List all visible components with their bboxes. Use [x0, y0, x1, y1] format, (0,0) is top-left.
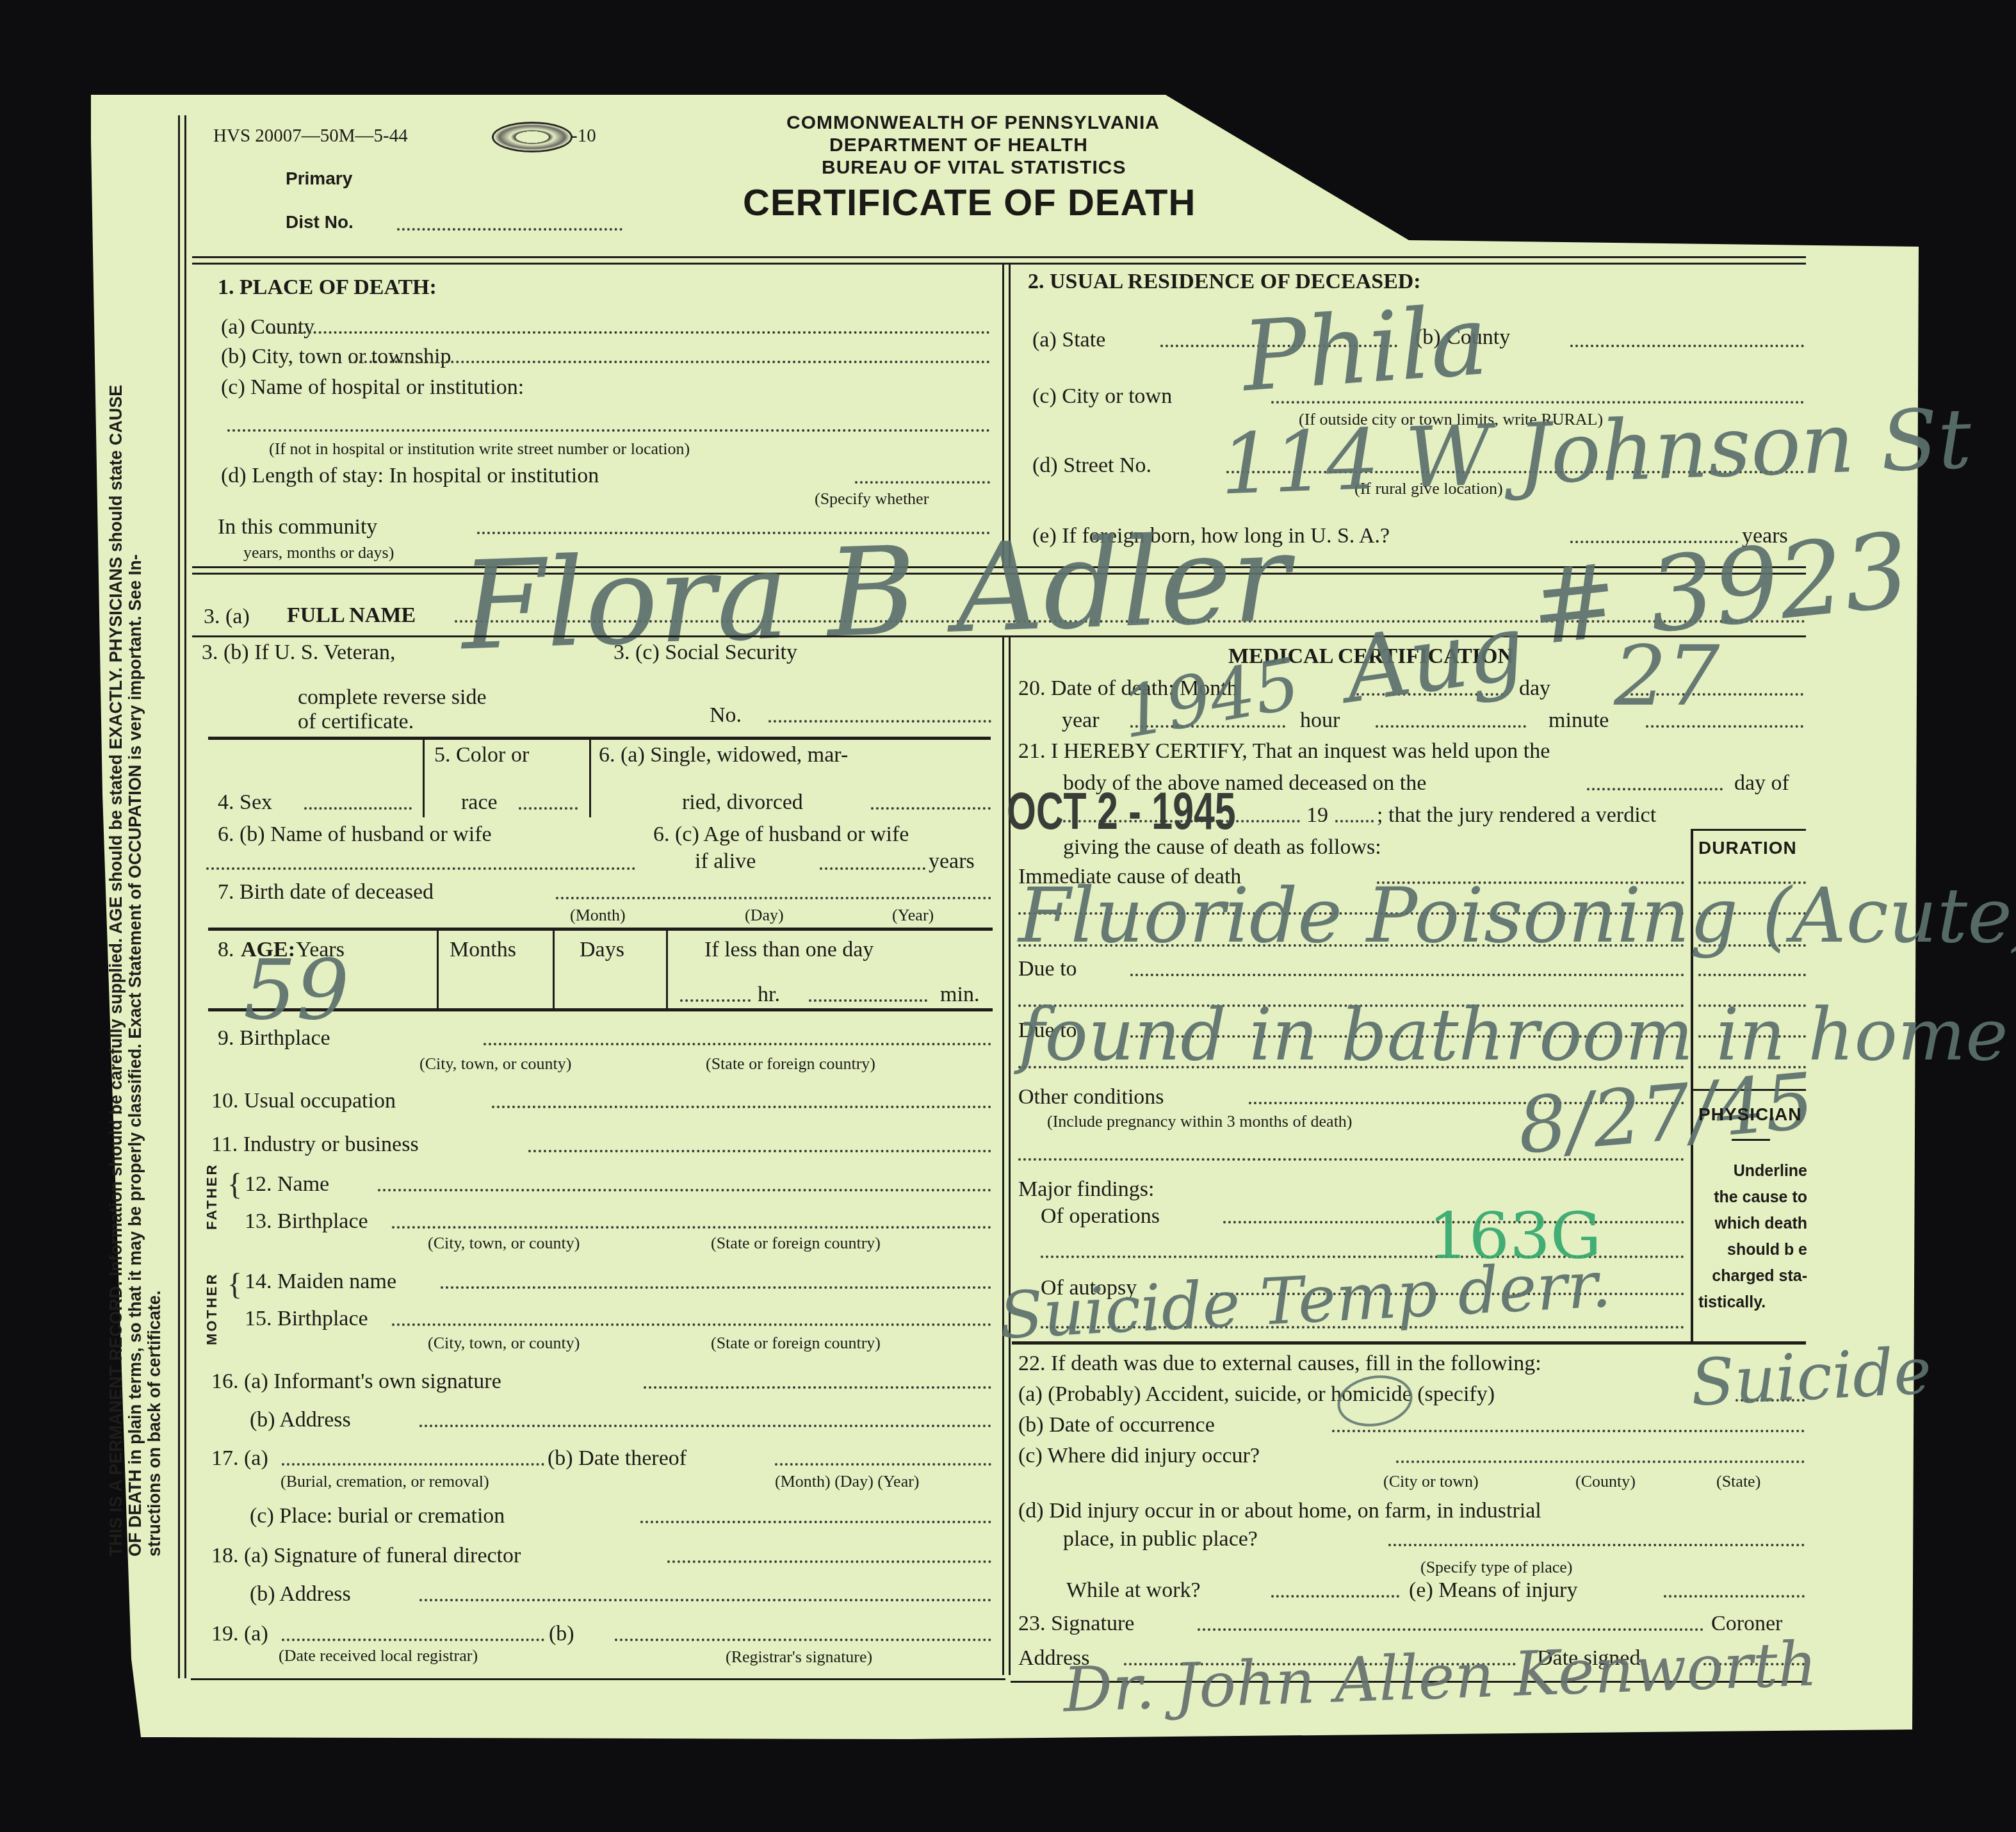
informant-signature-field[interactable] [644, 1386, 991, 1389]
veteran-label2: complete reverse side [298, 687, 487, 708]
sex-field[interactable] [304, 807, 412, 810]
funeral-director-field[interactable] [667, 1560, 991, 1563]
veteran-label1: 3. (b) If U. S. Veteran, [202, 642, 395, 664]
ss-no-field[interactable] [768, 720, 991, 723]
birthdate-day-note: (Day) [745, 907, 784, 924]
father-group-label: FATHER [205, 1163, 219, 1230]
birthplace-city-note: (City, town, or county) [419, 1056, 571, 1072]
marital-label1: 6. (a) Single, widowed, mar- [599, 744, 848, 766]
spouse-age-label1: 6. (c) Age of husband or wife [653, 824, 909, 846]
father-birthplace-field[interactable] [392, 1226, 991, 1229]
mother-birthplace-label: 15. Birthplace [245, 1308, 368, 1330]
disposition-field[interactable] [282, 1463, 544, 1466]
injury-place-field[interactable] [1388, 1544, 1805, 1546]
specify-note: (Specify whether [815, 491, 929, 507]
age-grid-divider [553, 929, 555, 1008]
agency-line3: BUREAU OF VITAL STATISTICS [822, 158, 1126, 177]
section22-rule [1012, 1341, 1806, 1345]
means-of-injury-label: (e) Means of injury [1409, 1580, 1577, 1601]
hr-label: hr. [758, 984, 780, 1006]
industry-field[interactable] [528, 1150, 991, 1152]
min-label: min. [940, 984, 979, 1006]
dod-month-value: Aug [1340, 603, 1531, 717]
mother-city-note: (City, town, or county) [428, 1335, 580, 1352]
mother-birthplace-field[interactable] [392, 1323, 991, 1326]
manner-label: (a) (Probably) Accident, suicide, or hom… [1018, 1384, 1495, 1405]
father-state-note: (State or foreign country) [711, 1235, 881, 1252]
minutes-field[interactable] [809, 999, 927, 1002]
place-city-field[interactable] [349, 361, 990, 363]
mother-group-label: MOTHER [205, 1273, 219, 1345]
registrar-date-field[interactable] [282, 1639, 544, 1641]
dod-hour-label: hour [1300, 710, 1340, 732]
place-burial-label: (c) Place: burial or cremation [250, 1505, 505, 1527]
agency-line1: COMMONWEALTH OF PENNSYLVANIA [786, 113, 1160, 133]
certify-line3b: ; that the jury rendered a verdict [1377, 805, 1656, 826]
means-of-injury-field[interactable] [1664, 1595, 1805, 1598]
physician-note-line: should b e [1698, 1237, 1807, 1263]
certify-line1: 21. I HEREBY CERTIFY, That an inquest wa… [1018, 740, 1550, 762]
hours-field[interactable] [680, 999, 751, 1002]
mother-state-note: (State or foreign country) [711, 1335, 881, 1352]
age-grid-divider [666, 929, 668, 1008]
top-rule [192, 256, 1806, 258]
place-county-label: (a) County [221, 316, 314, 338]
birthdate-label: 7. Birth date of deceased [218, 881, 434, 903]
color-label2: race [461, 792, 498, 814]
occurrence-date-label: (b) Date of occurrence [1018, 1414, 1215, 1436]
birthdate-year-note: (Year) [892, 907, 934, 924]
spouse-age-label2: if alive [695, 851, 756, 872]
manner-value: Suicide [1689, 1339, 1933, 1416]
dist-no-field[interactable] [397, 228, 622, 231]
signature-label: 23. Signature [1018, 1613, 1134, 1635]
section1-heading: 1. PLACE OF DEATH: [218, 277, 437, 299]
injury-location-label: (c) Where did injury occur? [1018, 1445, 1260, 1467]
physician-note: Underline the cause to which death shoul… [1698, 1158, 1807, 1316]
informant-address-field[interactable] [419, 1425, 991, 1427]
date-thereof-field[interactable] [775, 1463, 991, 1466]
dod-day-value: 27 [1614, 634, 1719, 717]
registrar-b-note: (Registrar's signature) [726, 1649, 872, 1665]
left-border-rule [178, 115, 180, 1678]
external-causes-heading: 22. If death was due to external causes,… [1018, 1353, 1541, 1375]
age-years-value: 59 [243, 948, 349, 1031]
residence-county-field[interactable] [1570, 345, 1804, 347]
dod-hour-field[interactable] [1376, 725, 1526, 728]
registrar-b-label: (b) [549, 1623, 574, 1645]
top-rule [192, 263, 1806, 265]
grid-divider [589, 738, 591, 817]
injury-place-label1: (d) Did injury occur in or about home, o… [1018, 1500, 1541, 1522]
certify-line3a: 19 [1306, 805, 1328, 826]
inquest-year-field[interactable] [1335, 820, 1374, 822]
hospital-field[interactable] [227, 429, 990, 432]
due-to-value: found in bathroom in home [1018, 999, 2008, 1071]
father-name-label: 12. Name [245, 1174, 329, 1195]
bottom-rule [191, 1678, 1005, 1680]
mother-brace-icon: { [227, 1270, 242, 1300]
birthplace-field[interactable] [484, 1043, 991, 1045]
certify-line2b: day of [1734, 773, 1789, 794]
physician-header: PHYSICIAN [1698, 1106, 1801, 1124]
sex-label: 4. Sex [218, 792, 272, 814]
dod-minute-label: minute [1549, 710, 1609, 732]
disposition-note: (Burial, cremation, or removal) [280, 1473, 489, 1490]
margin-instruction-line1: THIS IS A PERMANENT RECORD. Information … [108, 385, 125, 1557]
operations-label: Of operations [1041, 1206, 1160, 1227]
coroner-signature-field[interactable] [1198, 1628, 1703, 1631]
residence-city-label: (c) City or town [1032, 386, 1172, 407]
birthdate-field[interactable] [556, 897, 991, 899]
residence-state-label: (a) State [1032, 329, 1105, 351]
mother-maiden-label: 14. Maiden name [245, 1271, 396, 1293]
less-than-day-label: If less than one day [704, 939, 874, 961]
age-grid-rule [208, 928, 993, 931]
residence-street-label: (d) Street No. [1032, 455, 1151, 477]
marital-label2: ried, divorced [682, 792, 803, 814]
community-label: In this community [218, 516, 377, 538]
spouse-age-field[interactable] [820, 867, 925, 870]
other-conditions-note: (Include pregnancy within 3 months of de… [1047, 1113, 1353, 1130]
mother-maiden-field[interactable] [441, 1286, 991, 1289]
registrar-signature-field[interactable] [615, 1639, 991, 1641]
birthplace-label: 9. Birthplace [218, 1027, 330, 1049]
column-divider [1002, 637, 1004, 1675]
injury-county-note: (County) [1575, 1473, 1636, 1490]
disposition-label: 17. (a) [211, 1448, 268, 1469]
at-work-label: While at work? [1066, 1580, 1201, 1601]
spouse-name-field[interactable] [206, 867, 635, 870]
birthdate-month-note: (Month) [570, 907, 626, 924]
birthplace-state-note: (State or foreign country) [706, 1056, 875, 1072]
form-code: HVS 20007—50M—5-44 [213, 127, 408, 145]
due-to-field-1[interactable] [1130, 974, 1684, 976]
occupation-field[interactable] [492, 1106, 991, 1108]
margin-instruction-line3: structions on back of certificate. [146, 1290, 163, 1557]
age-months-label: Months [450, 939, 516, 961]
margin-instruction-line2: OF DEATH in plain terms, so that it may … [127, 554, 144, 1557]
other-conditions-field-2[interactable] [1018, 1158, 1684, 1161]
funeral-director-label: 18. (a) Signature of funeral director [211, 1545, 521, 1567]
duration-field[interactable] [1698, 974, 1806, 976]
stay-field[interactable] [855, 481, 990, 484]
other-conditions-label: Other conditions [1018, 1086, 1164, 1108]
received-date-stamp: OCT 2 - 1945 [1007, 785, 1236, 838]
injury-city-note: (City or town) [1383, 1473, 1479, 1490]
fullname-value: Flora B Adler [459, 517, 1292, 667]
at-work-field[interactable] [1271, 1595, 1399, 1598]
physician-note-line: the cause to [1698, 1184, 1807, 1211]
spouse-label: 6. (b) Name of husband or wife [218, 824, 492, 846]
union-label-seal-icon [492, 122, 573, 152]
page-title: CERTIFICATE OF DEATH [743, 184, 1196, 222]
registrar-a-note: (Date received local registrar) [279, 1648, 478, 1664]
age-days-label: Days [580, 939, 624, 961]
immediate-cause-value: Fluoride Poisoning (Acute) [1018, 878, 2016, 953]
grid-rule [208, 737, 991, 740]
stay-label: (d) Length of stay: In hospital or insti… [221, 465, 599, 487]
injury-place-label2: place, in public place? [1063, 1528, 1258, 1550]
due-to-label-1: Due to [1018, 958, 1077, 980]
age-grid-divider [437, 929, 439, 1008]
father-city-note: (City, town, or county) [428, 1235, 580, 1252]
marital-field[interactable] [871, 807, 991, 810]
industry-label: 11. Industry or business [211, 1134, 419, 1156]
place-county-field[interactable] [268, 331, 990, 334]
physician-note-line: charged sta- [1698, 1263, 1807, 1289]
community-note: years, months or days) [243, 544, 394, 561]
occupation-label: 10. Usual occupation [211, 1090, 396, 1112]
injury-place-note: (Specify type of place) [1420, 1559, 1573, 1576]
spouse-age-unit: years [929, 851, 975, 872]
dist-no-label: Dist No. [286, 213, 354, 231]
physician-underline [1732, 1139, 1770, 1141]
hospital-note: (If not in hospital or institution write… [269, 441, 690, 457]
residence-street-value: 114 W Johnson St [1219, 397, 1972, 507]
date-thereof-note: (Month) (Day) (Year) [775, 1473, 920, 1490]
funeral-address-label: (b) Address [250, 1583, 351, 1605]
major-findings-label: Major findings: [1018, 1179, 1154, 1200]
funeral-address-field[interactable] [419, 1599, 991, 1601]
occurrence-date-field[interactable] [1332, 1430, 1805, 1432]
residence-city-value: Phila [1239, 293, 1490, 405]
race-field[interactable] [519, 807, 578, 810]
form-suffix: -10 [571, 127, 596, 145]
injury-location-field[interactable] [1396, 1460, 1805, 1463]
duration-rule [1691, 829, 1806, 831]
primary-label: Primary [286, 170, 352, 188]
dod-minute-field[interactable] [1646, 725, 1803, 728]
father-name-field[interactable] [378, 1189, 991, 1191]
age-num: 8. [218, 939, 234, 961]
informant-address-label: (b) Address [250, 1409, 351, 1431]
father-brace-icon: { [227, 1170, 242, 1200]
section-rule [192, 635, 1806, 637]
dod-year-label: year [1062, 710, 1100, 732]
duration-header: DURATION [1698, 839, 1797, 857]
agency-line2: DEPARTMENT OF HEALTH [829, 136, 1088, 155]
ss-no-label: No. [710, 705, 742, 726]
place-city-label: (b) City, town or township [221, 346, 451, 368]
informant-label: 16. (a) Informant's own signature [211, 1371, 501, 1393]
left-border-rule [184, 115, 186, 1678]
physician-note-line: which death [1698, 1211, 1807, 1237]
physician-note-line: Underline [1698, 1158, 1807, 1184]
veteran-label3: of certificate. [298, 711, 414, 733]
registrar-a-label: 19. (a) [211, 1623, 268, 1645]
grid-divider [423, 738, 425, 817]
place-burial-field[interactable] [640, 1521, 991, 1523]
father-birthplace-label: 13. Birthplace [245, 1211, 368, 1232]
ss-label: 3. (c) Social Security [614, 642, 797, 664]
fullname-num: 3. (a) [204, 606, 250, 628]
physician-note-line: tistically. [1698, 1289, 1807, 1316]
hospital-label: (c) Name of hospital or institution: [221, 377, 524, 398]
fullname-label: FULL NAME [287, 605, 416, 626]
injury-state-note: (State) [1716, 1473, 1760, 1490]
date-thereof-label: (b) Date thereof [548, 1448, 687, 1469]
color-label1: 5. Color or [434, 744, 529, 766]
inquest-day-field[interactable] [1587, 788, 1723, 790]
section2-heading: 2. USUAL RESIDENCE OF DECEASED: [1028, 271, 1421, 293]
